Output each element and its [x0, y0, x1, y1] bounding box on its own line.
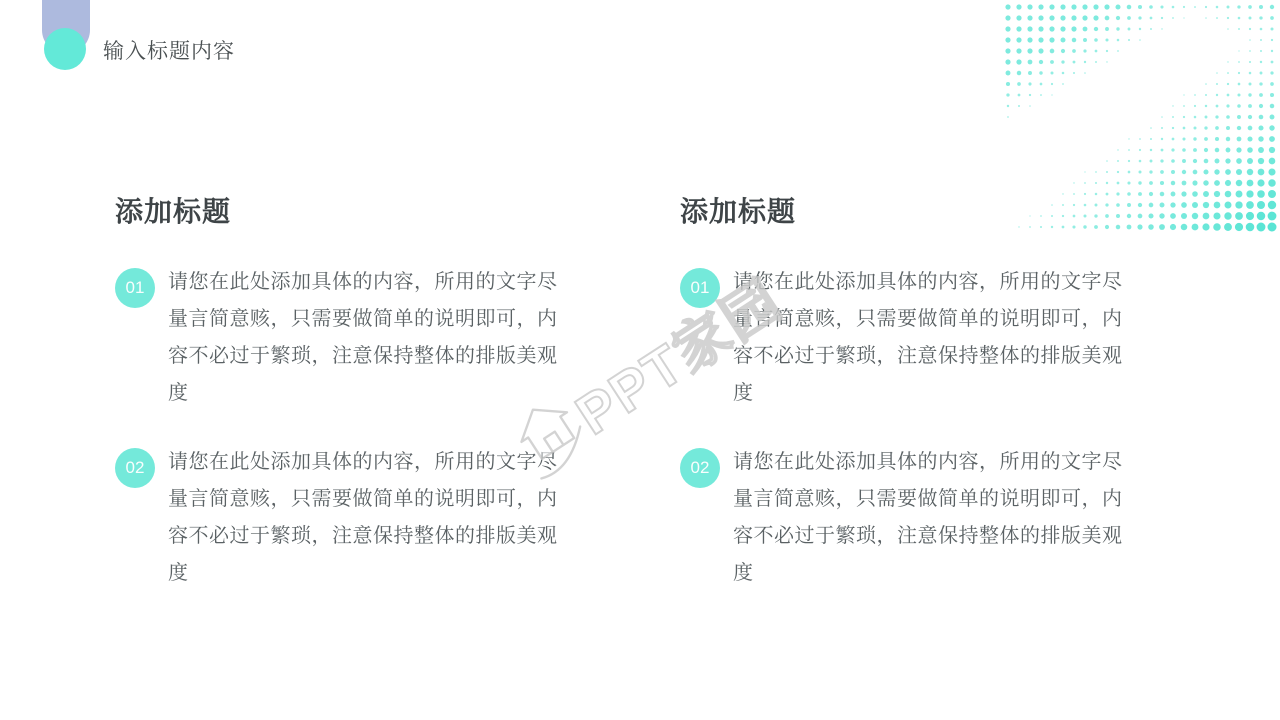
list-item: 01 请您在此处添加具体的内容，所用的文字尽量言简意赅，只需要做简单的说明即可，…: [115, 264, 585, 412]
column-heading: 添加标题: [115, 196, 585, 228]
column-heading: 添加标题: [680, 196, 1150, 228]
list-item: 01 请您在此处添加具体的内容，所用的文字尽量言简意赅，只需要做简单的说明即可，…: [680, 264, 1150, 412]
item-number-badge: 01: [115, 268, 155, 308]
item-text: 请您在此处添加具体的内容，所用的文字尽量言简意赅，只需要做简单的说明即可，内容不…: [733, 444, 1139, 592]
list-item: 02 请您在此处添加具体的内容，所用的文字尽量言简意赅，只需要做简单的说明即可，…: [680, 444, 1150, 592]
item-text: 请您在此处添加具体的内容，所用的文字尽量言简意赅，只需要做简单的说明即可，内容不…: [733, 264, 1139, 412]
circle-decoration: [44, 28, 86, 70]
item-number-badge: 02: [680, 448, 720, 488]
right-column: 添加标题 01 请您在此处添加具体的内容，所用的文字尽量言简意赅，只需要做简单的…: [680, 196, 1150, 592]
item-number-badge: 02: [115, 448, 155, 488]
item-number-badge: 01: [680, 268, 720, 308]
slide-title: 输入标题内容: [103, 35, 235, 65]
list-item: 02 请您在此处添加具体的内容，所用的文字尽量言简意赅，只需要做简单的说明即可，…: [115, 444, 585, 592]
item-text: 请您在此处添加具体的内容，所用的文字尽量言简意赅，只需要做简单的说明即可，内容不…: [168, 264, 574, 412]
slide: 输入标题内容 添加标题 01 请您在此处添加具体的内容，所用的文字尽量言简意赅，…: [0, 0, 1280, 720]
left-column: 添加标题 01 请您在此处添加具体的内容，所用的文字尽量言简意赅，只需要做简单的…: [115, 196, 585, 592]
item-text: 请您在此处添加具体的内容，所用的文字尽量言简意赅，只需要做简单的说明即可，内容不…: [168, 444, 574, 592]
